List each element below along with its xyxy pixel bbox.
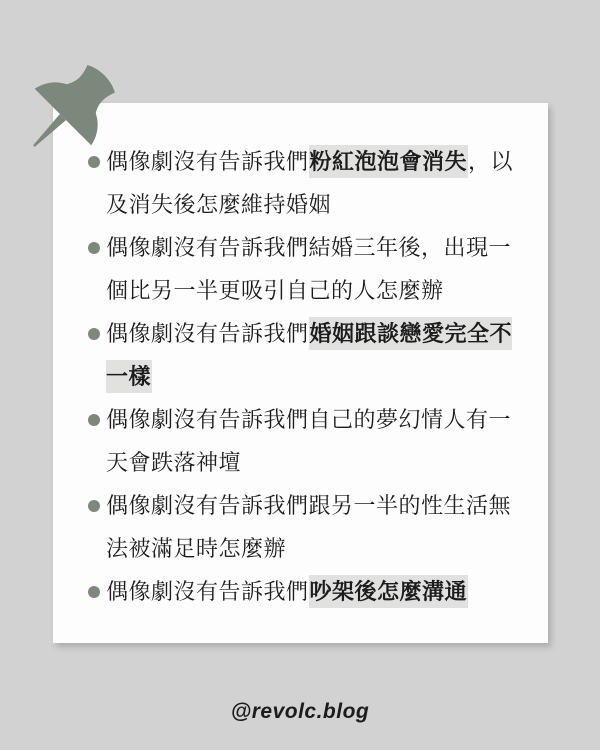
- bullet-text: 偶像劇沒有告訴我們結婚三年後，出現一個比另一半更吸引自己的人怎麼辦: [106, 226, 518, 312]
- bullet-text: 偶像劇沒有告訴我們粉紅泡泡會消失，以及消失後怎麼維持婚姻: [106, 140, 518, 226]
- bullet-dot-icon: [88, 414, 100, 426]
- plain-text: 偶像劇沒有告訴我們: [106, 149, 309, 174]
- pushpin-icon: [12, 60, 120, 168]
- bullet-text: 偶像劇沒有告訴我們吵架後怎麼溝通: [106, 570, 518, 613]
- list-item: 偶像劇沒有告訴我們吵架後怎麼溝通: [88, 570, 518, 613]
- plain-text: 偶像劇沒有告訴我們: [106, 321, 309, 346]
- list-item: 偶像劇沒有告訴我們婚姻跟談戀愛完全不一樣: [88, 312, 518, 398]
- bullet-text: 偶像劇沒有告訴我們自己的夢幻情人有一天會跌落神壇: [106, 398, 518, 484]
- bullet-text: 偶像劇沒有告訴我們跟另一半的性生活無法被滿足時怎麼辦: [106, 484, 518, 570]
- plain-text: 偶像劇沒有告訴我們: [106, 579, 309, 604]
- list-item: 偶像劇沒有告訴我們跟另一半的性生活無法被滿足時怎麼辦: [88, 484, 518, 570]
- post-background: 偶像劇沒有告訴我們粉紅泡泡會消失，以及消失後怎麼維持婚姻偶像劇沒有告訴我們結婚三…: [0, 0, 600, 750]
- bullet-list: 偶像劇沒有告訴我們粉紅泡泡會消失，以及消失後怎麼維持婚姻偶像劇沒有告訴我們結婚三…: [53, 103, 548, 613]
- note-card: 偶像劇沒有告訴我們粉紅泡泡會消失，以及消失後怎麼維持婚姻偶像劇沒有告訴我們結婚三…: [53, 103, 548, 643]
- highlighted-text: 吵架後怎麼溝通: [309, 575, 469, 608]
- plain-text: 偶像劇沒有告訴我們自己的夢幻情人有一天會跌落神壇: [106, 407, 511, 475]
- list-item: 偶像劇沒有告訴我們結婚三年後，出現一個比另一半更吸引自己的人怎麼辦: [88, 226, 518, 312]
- plain-text: 偶像劇沒有告訴我們結婚三年後，出現一個比另一半更吸引自己的人怎麼辦: [106, 235, 511, 303]
- bullet-text: 偶像劇沒有告訴我們婚姻跟談戀愛完全不一樣: [106, 312, 518, 398]
- author-handle: @revolc.blog: [0, 700, 600, 724]
- highlighted-text: 粉紅泡泡會消失: [309, 145, 469, 178]
- list-item: 偶像劇沒有告訴我們粉紅泡泡會消失，以及消失後怎麼維持婚姻: [88, 140, 518, 226]
- list-item: 偶像劇沒有告訴我們自己的夢幻情人有一天會跌落神壇: [88, 398, 518, 484]
- plain-text: 偶像劇沒有告訴我們跟另一半的性生活無法被滿足時怎麼辦: [106, 493, 511, 561]
- bullet-dot-icon: [88, 328, 100, 340]
- bullet-dot-icon: [88, 500, 100, 512]
- bullet-dot-icon: [88, 242, 100, 254]
- bullet-dot-icon: [88, 586, 100, 598]
